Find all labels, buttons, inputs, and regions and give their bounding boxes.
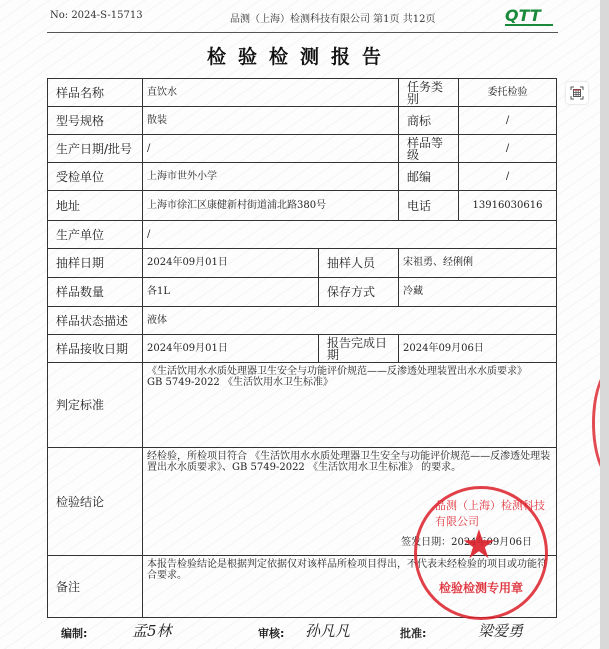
label-model: 型号规格 — [47, 106, 143, 135]
company-logo: QTT — [505, 8, 553, 26]
value-receive-date: 2024年09月01日 — [142, 334, 319, 363]
label-quantity: 样品数量 — [47, 277, 143, 307]
report-page: No: 2024-S-15713 品测（上海）检测科技有限公司 第1页 共12页… — [0, 0, 600, 649]
label-producer: 生产单位 — [47, 220, 143, 249]
value-quantity: 各1L — [142, 277, 319, 307]
label-postcode: 邮编 — [398, 162, 459, 191]
page-title: 检验检测报告 — [0, 42, 600, 69]
label-brand: 商标 — [398, 106, 459, 135]
label-sampler: 抽样人员 — [318, 248, 399, 278]
value-phone: 13916030616 — [458, 190, 557, 221]
table-view-icon — [570, 86, 584, 100]
reviewer-signature: 孙凡凡 — [305, 620, 350, 641]
label-phone: 电话 — [398, 190, 459, 221]
value-sampler: 宋祖勇、经俐俐 — [398, 248, 557, 278]
table-view-button[interactable] — [566, 82, 588, 104]
label-task-type: 任务类别 — [398, 78, 459, 107]
label-sample-name: 样品名称 — [47, 78, 143, 107]
value-conclusion: 经检验，所检项目符合 《生活饮用水水质处理器卫生安全与功能评价规范——反渗透处理… — [142, 447, 557, 556]
approver-signature: 梁爱勇 — [478, 620, 523, 641]
compiler-signature: 孟5林 — [132, 620, 172, 641]
value-remark: 本报告检验结论是根据判定依据仅对该样品所检项目得出，不代表未经检验的项目或功能符… — [142, 555, 557, 618]
value-storage: 冷藏 — [398, 277, 557, 307]
label-conclusion: 检验结论 — [47, 447, 143, 556]
value-grade: / — [458, 134, 557, 163]
value-address: 上海市徐汇区康健新村街道浦北路380号 — [142, 190, 399, 221]
label-production-date: 生产日期/批号 — [47, 134, 143, 163]
label-receive-date: 样品接收日期 — [47, 334, 143, 363]
value-complete-date: 2024年09月06日 — [398, 334, 557, 363]
value-inspected-unit: 上海市世外小学 — [142, 162, 399, 191]
value-brand: / — [458, 106, 557, 135]
label-grade: 样品等级 — [398, 134, 459, 163]
header-divider — [47, 32, 558, 33]
value-producer: / — [142, 220, 557, 249]
remark-text: 本报告检验结论是根据判定依据仅对该样品所检项目得出，不代表未经检验的项目或功能符… — [147, 559, 552, 581]
label-standard: 判定标准 — [47, 362, 143, 448]
standard-line-1: 《生活饮用水水质处理器卫生安全与功能评价规范——反渗透处理装置出水水质要求》 — [147, 366, 527, 377]
label-storage: 保存方式 — [318, 277, 399, 307]
value-production-date: / — [142, 134, 399, 163]
value-task-type: 委托检验 — [458, 78, 557, 107]
value-sampling-date: 2024年09月01日 — [142, 248, 319, 278]
value-model: 散装 — [142, 106, 399, 135]
reviewer-label: 审核: — [258, 625, 284, 641]
label-complete-date: 报告完成日期 — [318, 334, 399, 363]
compiler-label: 编制: — [61, 625, 87, 641]
partial-seal-edge — [592, 365, 600, 481]
approver-label: 批准: — [400, 625, 426, 641]
company-page-info: 品测（上海）检测科技有限公司 第1页 共12页 — [230, 10, 435, 25]
conclusion-text: 经检验，所检项目符合 《生活饮用水水质处理器卫生安全与功能评价规范——反渗透处理… — [147, 451, 552, 473]
sign-date: 签发日期：2024年09月06日 — [401, 537, 532, 549]
label-inspected-unit: 受检单位 — [47, 162, 143, 191]
viewer-scroll-gutter[interactable] — [600, 0, 609, 649]
value-sample-name: 直饮水 — [142, 78, 399, 107]
standard-line-2: GB 5749-2022 《生活饮用水卫生标准》 — [147, 377, 333, 388]
label-sample-state: 样品状态描述 — [47, 306, 143, 335]
value-postcode: / — [458, 162, 557, 191]
value-standard: 《生活饮用水水质处理器卫生安全与功能评价规范——反渗透处理装置出水水质要求》 G… — [142, 362, 557, 448]
report-number: No: 2024-S-15713 — [50, 10, 143, 21]
value-sample-state: 液体 — [142, 306, 557, 335]
label-address: 地址 — [47, 190, 143, 221]
label-remark: 备注 — [47, 555, 143, 618]
label-sampling-date: 抽样日期 — [47, 248, 143, 278]
